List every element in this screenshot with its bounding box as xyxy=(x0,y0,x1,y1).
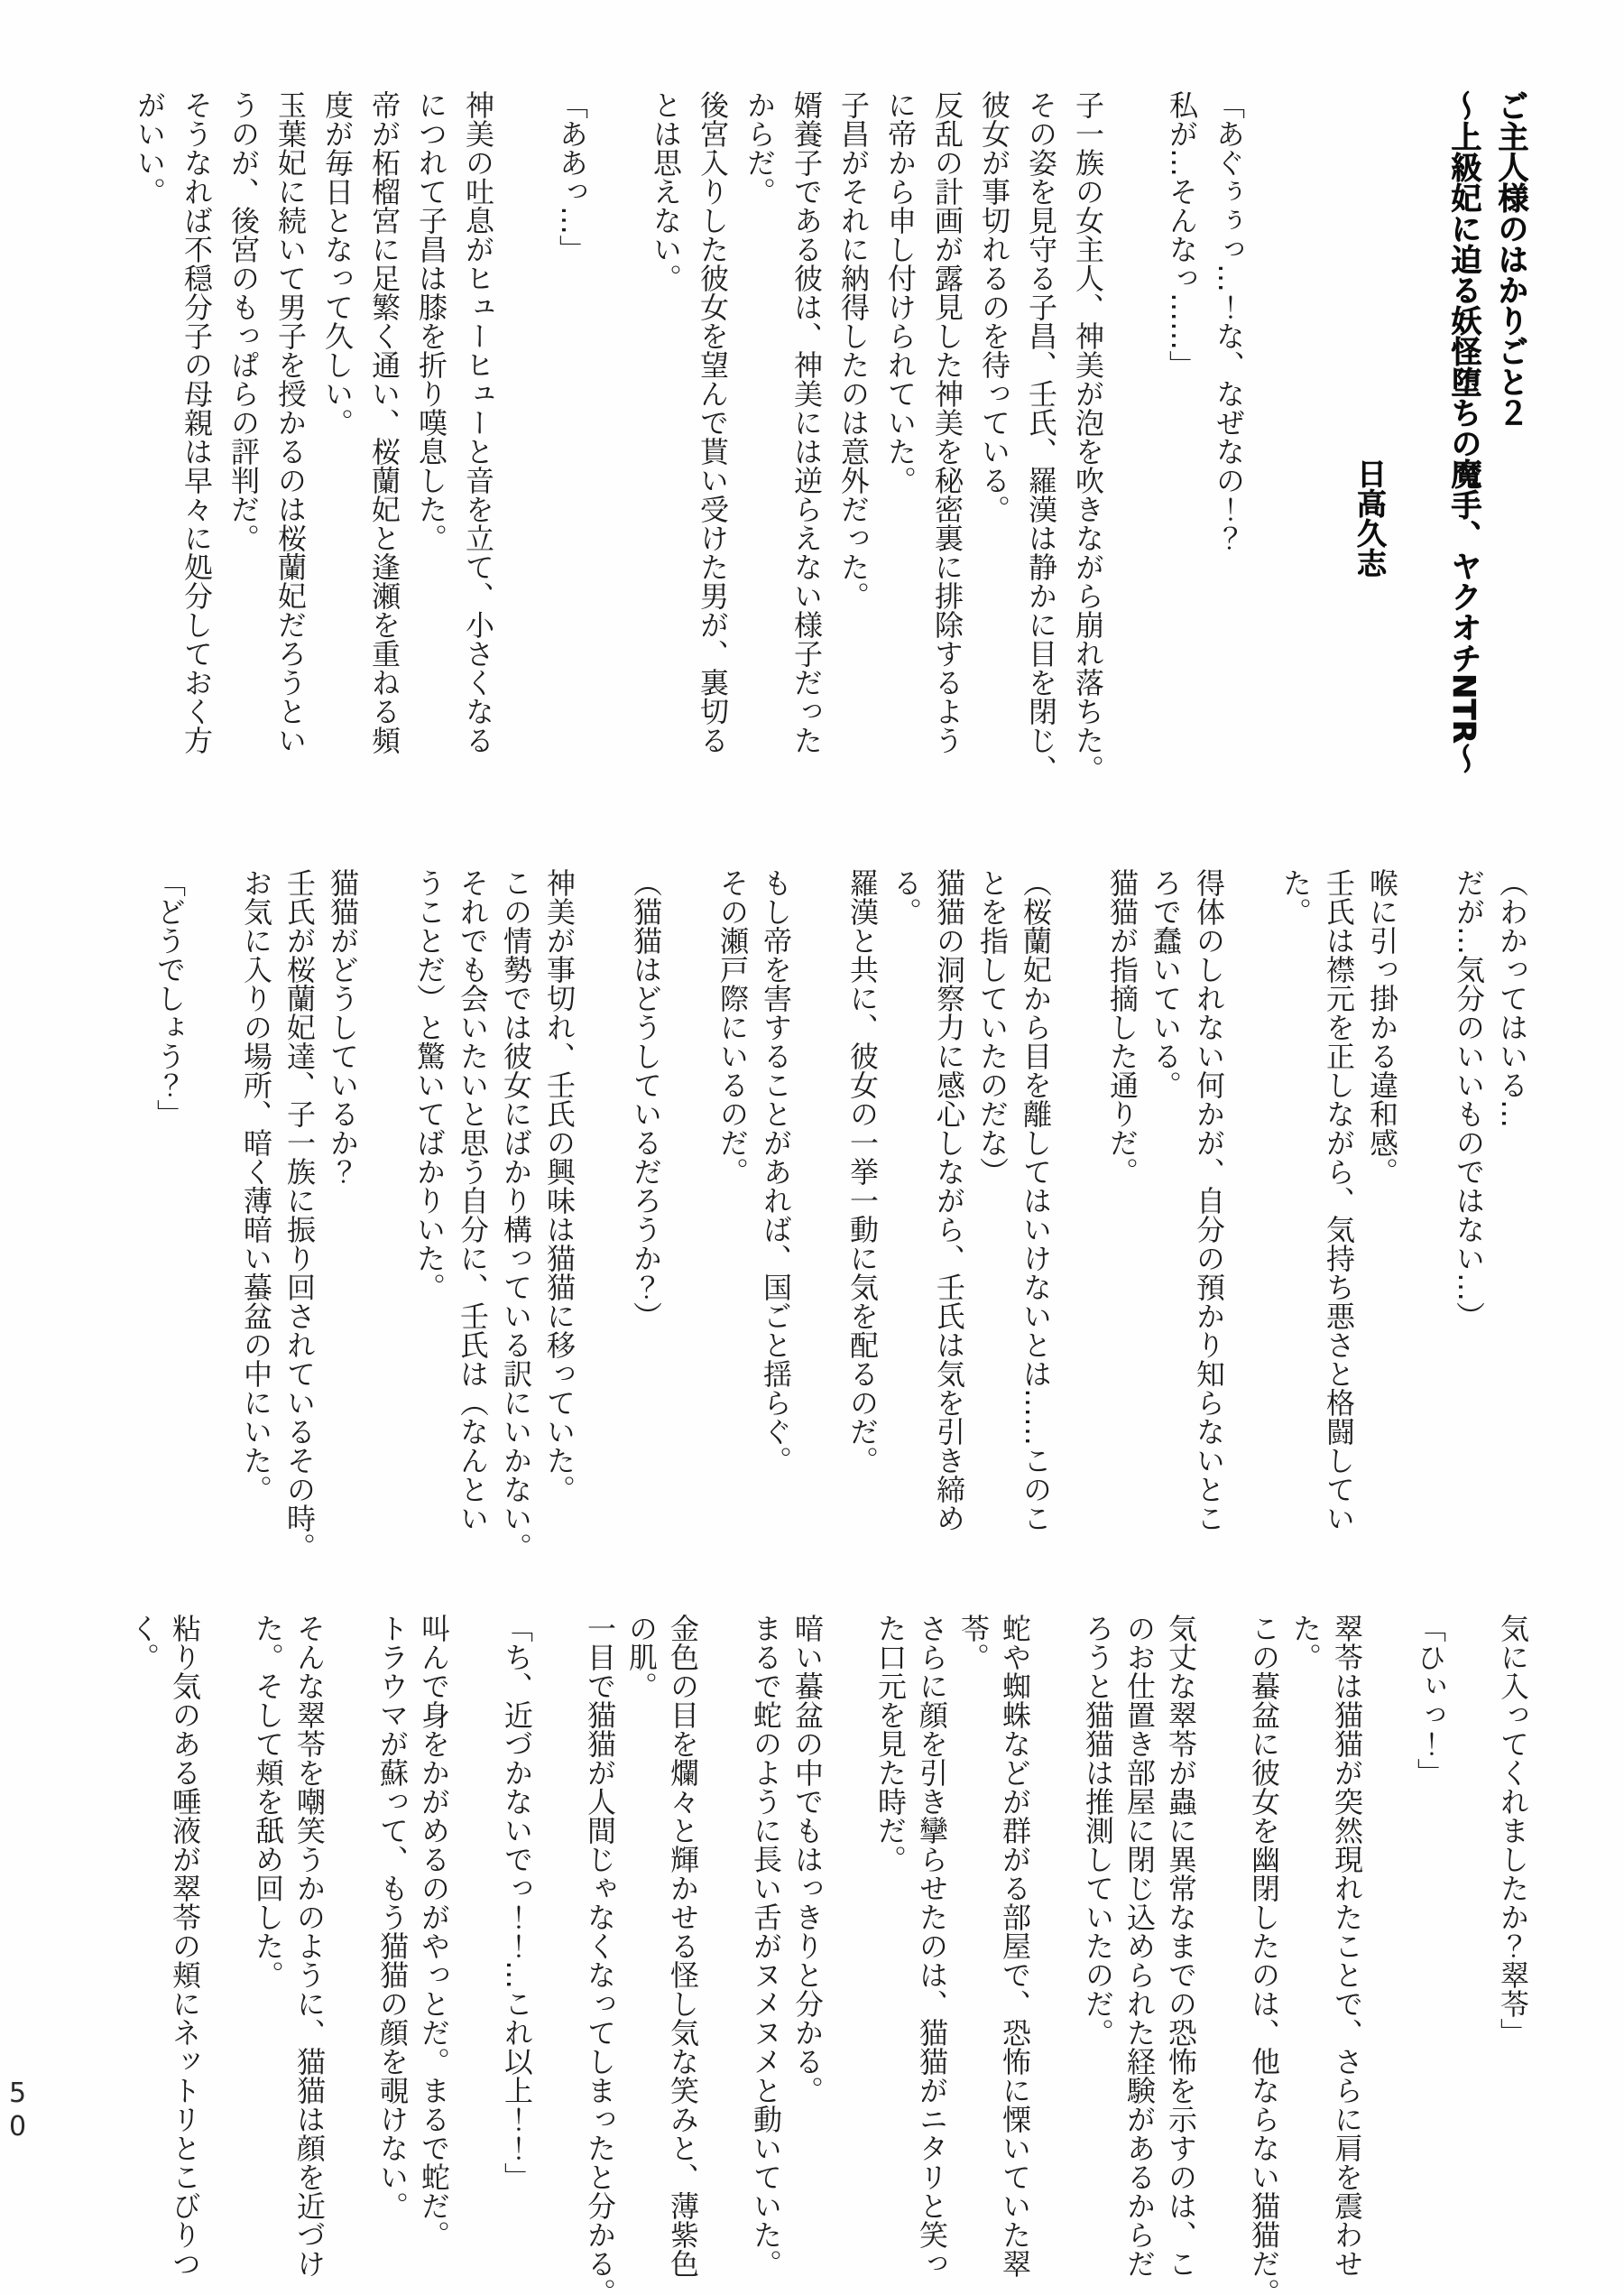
text-column: （桜蘭妃から目を離してはいけないとは……このこ xyxy=(1014,868,1057,1583)
blank-column xyxy=(1252,90,1299,810)
blank-column xyxy=(330,1614,372,2283)
blank-column xyxy=(364,868,408,1583)
text-column: だが…気分のいいものではない…） xyxy=(1447,868,1490,1583)
blank-column xyxy=(798,868,841,1583)
text-column: トラウマが蘇って、もう猫猫の顔を覗けない。 xyxy=(372,1614,413,2283)
text-column: 子一族の女主人、神美が泡を吹きながら崩れ落ちた。 xyxy=(1065,90,1112,810)
text-column: その姿を見守る子昌、壬氏、羅漢は静かに目を閉じ、 xyxy=(1018,90,1065,810)
text-column: る。 xyxy=(884,868,927,1583)
text-column: 玉葉妃に続いて男子を授かるのは桜蘭妃だろうとい xyxy=(267,90,314,810)
text-column: た。 xyxy=(1274,868,1317,1583)
blank-column xyxy=(1112,90,1158,810)
text-column: 「ひぃっ！」 xyxy=(1409,1614,1451,2283)
text-column: の肌。 xyxy=(621,1614,662,2283)
text-column: 反乱の計画が露見した神美を秘密裏に排除するよう xyxy=(924,90,971,810)
page-number: 50 xyxy=(2,2078,32,2144)
blank-column xyxy=(704,1614,745,2283)
text-column: 神美が事切れ、壬氏の興味は猫猫に移っていた。 xyxy=(538,868,581,1583)
text-column: 蛇や蜘蛛などが群がる部屋で、恐怖に慄いていた翠 xyxy=(994,1614,1036,2283)
text-column: 猫猫が指摘した通りだ。 xyxy=(1101,868,1144,1583)
text-column: （わかってはいる… xyxy=(1490,868,1534,1583)
text-column: 婿養子である彼は、神美には逆らえない様子だった xyxy=(783,90,830,810)
text-column: 苓。 xyxy=(953,1614,994,2283)
text-column: そんな翠苓を嘲笑うかのように、猫猫は顔を近づけ xyxy=(289,1614,330,2283)
text-column: 猫猫がどうしているか？ xyxy=(321,868,364,1583)
text-column: 猫猫の洞察力に感心しながら、壬氏は気を引き締め xyxy=(927,868,971,1583)
title-column: 〜上級妃に迫る妖怪堕ちの魔手、ヤクオチNTR〜 xyxy=(1440,90,1487,810)
text-column: 暗い蟇盆の中でもはっきりと分かる。 xyxy=(787,1614,828,2283)
text-column: 度が毎日となって久しい。 xyxy=(314,90,361,810)
text-column: 喉に引っ掛かる違和感。 xyxy=(1361,868,1404,1583)
text-column: この蟇盆に彼女を幽閉したのは、他ならない猫猫だ。 xyxy=(1243,1614,1285,2283)
text-column: 翠苓は猫猫が突然現れたことで、さらに肩を震わせ xyxy=(1326,1614,1368,2283)
text-column: からだ。 xyxy=(736,90,783,810)
text-column: 後宮入りした彼女を望んで貰い受けた男が、裏切る xyxy=(689,90,736,810)
text-column: 帝が柘榴宮に足繁く通い、桜蘭妃と逢瀬を重ねる頻 xyxy=(361,90,408,810)
text-column: 一目で猫猫が人間じゃなくなってしまったと分かる。 xyxy=(579,1614,621,2283)
text-column: とを指していたのだな） xyxy=(971,868,1014,1583)
text-column: 気丈な翠苓が蟲に異常なまでの恐怖を示すのは、こ xyxy=(1160,1614,1202,2283)
blank-column xyxy=(455,1614,496,2283)
blank-column xyxy=(502,90,549,810)
blank-column xyxy=(1368,1614,1409,2283)
blank-column xyxy=(1202,1614,1243,2283)
text-band-top: ご主人様のはかりごと２〜上級妃に迫る妖怪堕ちの魔手、ヤクオチNTR〜 日高久志 … xyxy=(126,90,1534,810)
blank-column xyxy=(191,868,235,1583)
text-band-middle: （わかってはいる…だが…気分のいいものではない…） 喉に引っ掛かる違和感。壬氏は… xyxy=(148,868,1534,1583)
text-column: のお仕置き部屋に閉じ込められた経験があるからだ xyxy=(1119,1614,1160,2283)
blank-column xyxy=(595,90,642,810)
text-column: に帝から申し付けられていた。 xyxy=(877,90,924,810)
text-column: この情勢では彼女にばかり構っている訳にいかない。 xyxy=(494,868,538,1583)
text-column: 羅漢と共に、彼女の一挙一動に気を配るのだ。 xyxy=(841,868,884,1583)
text-column: それでも会いたいと思う自分に、壬氏は（なんとい xyxy=(451,868,494,1583)
blank-column xyxy=(1231,868,1274,1583)
blank-column xyxy=(206,1614,247,2283)
text-column: 「ち、近づかないでっ！！…これ以上！！」 xyxy=(496,1614,538,2283)
text-column: 壬氏は襟元を正しながら、気持ち悪さと格闘してい xyxy=(1317,868,1361,1583)
blank-column xyxy=(1299,90,1346,810)
text-column: 「ああっ…」 xyxy=(549,90,595,810)
text-column: く。 xyxy=(123,1614,164,2283)
text-band-bottom: 気に入ってくれましたか？翠苓」 「ひぃっ！」 翠苓は猫猫が突然現れたことで、さら… xyxy=(123,1614,1534,2283)
novel-scan-page: ご主人様のはかりごと２〜上級妃に迫る妖怪堕ちの魔手、ヤクオチNTR〜 日高久志 … xyxy=(0,0,1624,2295)
title-column: ご主人様のはかりごと２ xyxy=(1487,90,1534,810)
text-column: まるで蛇のように長い舌がヌメヌメと動いていた。 xyxy=(745,1614,787,2283)
author-column: 日高久志 xyxy=(1346,90,1393,810)
text-column: がいい。 xyxy=(126,90,173,810)
blank-column xyxy=(828,1614,870,2283)
text-column: さらに顔を引き攣らせたのは、猫猫がニタリと笑っ xyxy=(911,1614,953,2283)
text-column: ろうと猫猫は推測していたのだ。 xyxy=(1077,1614,1119,2283)
text-column: 粘り気のある唾液が翠苓の頬にネットリとこびりつ xyxy=(164,1614,206,2283)
text-column: た。そして頬を舐め回した。 xyxy=(247,1614,289,2283)
text-column: 「どうでしょう？」 xyxy=(148,868,191,1583)
blank-column xyxy=(1393,90,1440,810)
text-column: とは思えない。 xyxy=(642,90,689,810)
text-column: 「あぐぅぅっ…！な、なぜなの！？ xyxy=(1205,90,1252,810)
text-column: お気に入りの場所、暗く薄暗い蟇盆の中にいた。 xyxy=(235,868,278,1583)
text-column: 私が…そんなっ……」 xyxy=(1158,90,1205,810)
blank-column xyxy=(1036,1614,1077,2283)
text-column: につれて子昌は膝を折り嘆息した。 xyxy=(408,90,455,810)
text-column: （猫猫はどうしているだろうか？） xyxy=(624,868,668,1583)
text-column: 叫んで身をかがめるのがやっとだ。まるで蛇だ。 xyxy=(413,1614,455,2283)
text-column: ろで蠢いている。 xyxy=(1144,868,1187,1583)
text-column: た。 xyxy=(1285,1614,1326,2283)
text-column: その瀬戸際にいるのだ。 xyxy=(711,868,754,1583)
blank-column xyxy=(1057,868,1101,1583)
text-column: 得体のしれない何かが、自分の預かり知らないとこ xyxy=(1187,868,1231,1583)
text-column: 彼女が事切れるのを待っている。 xyxy=(971,90,1018,810)
text-column: た口元を見た時だ。 xyxy=(870,1614,911,2283)
blank-column xyxy=(1404,868,1447,1583)
text-column: もし帝を害することがあれば、国ごと揺らぐ。 xyxy=(754,868,798,1583)
blank-column xyxy=(668,868,711,1583)
blank-column xyxy=(538,1614,579,2283)
text-column: 壬氏が桜蘭妃達、子一族に振り回されているその時。 xyxy=(278,868,321,1583)
text-column: うことだ）と驚いてばかりいた。 xyxy=(408,868,451,1583)
text-column: そうなれば不穏分子の母親は早々に処分しておく方 xyxy=(173,90,220,810)
text-column: 神美の吐息がヒューヒューと音を立て、小さくなる xyxy=(455,90,502,810)
blank-column xyxy=(581,868,624,1583)
text-column: うのが、後宮のもっぱらの評判だ。 xyxy=(220,90,267,810)
blank-column xyxy=(1451,1614,1492,2283)
text-column: 子昌がそれに納得したのは意外だった。 xyxy=(830,90,877,810)
text-column: 金色の目を爛々と輝かせる怪し気な笑みと、薄紫色 xyxy=(662,1614,704,2283)
text-column: 気に入ってくれましたか？翠苓」 xyxy=(1492,1614,1534,2283)
